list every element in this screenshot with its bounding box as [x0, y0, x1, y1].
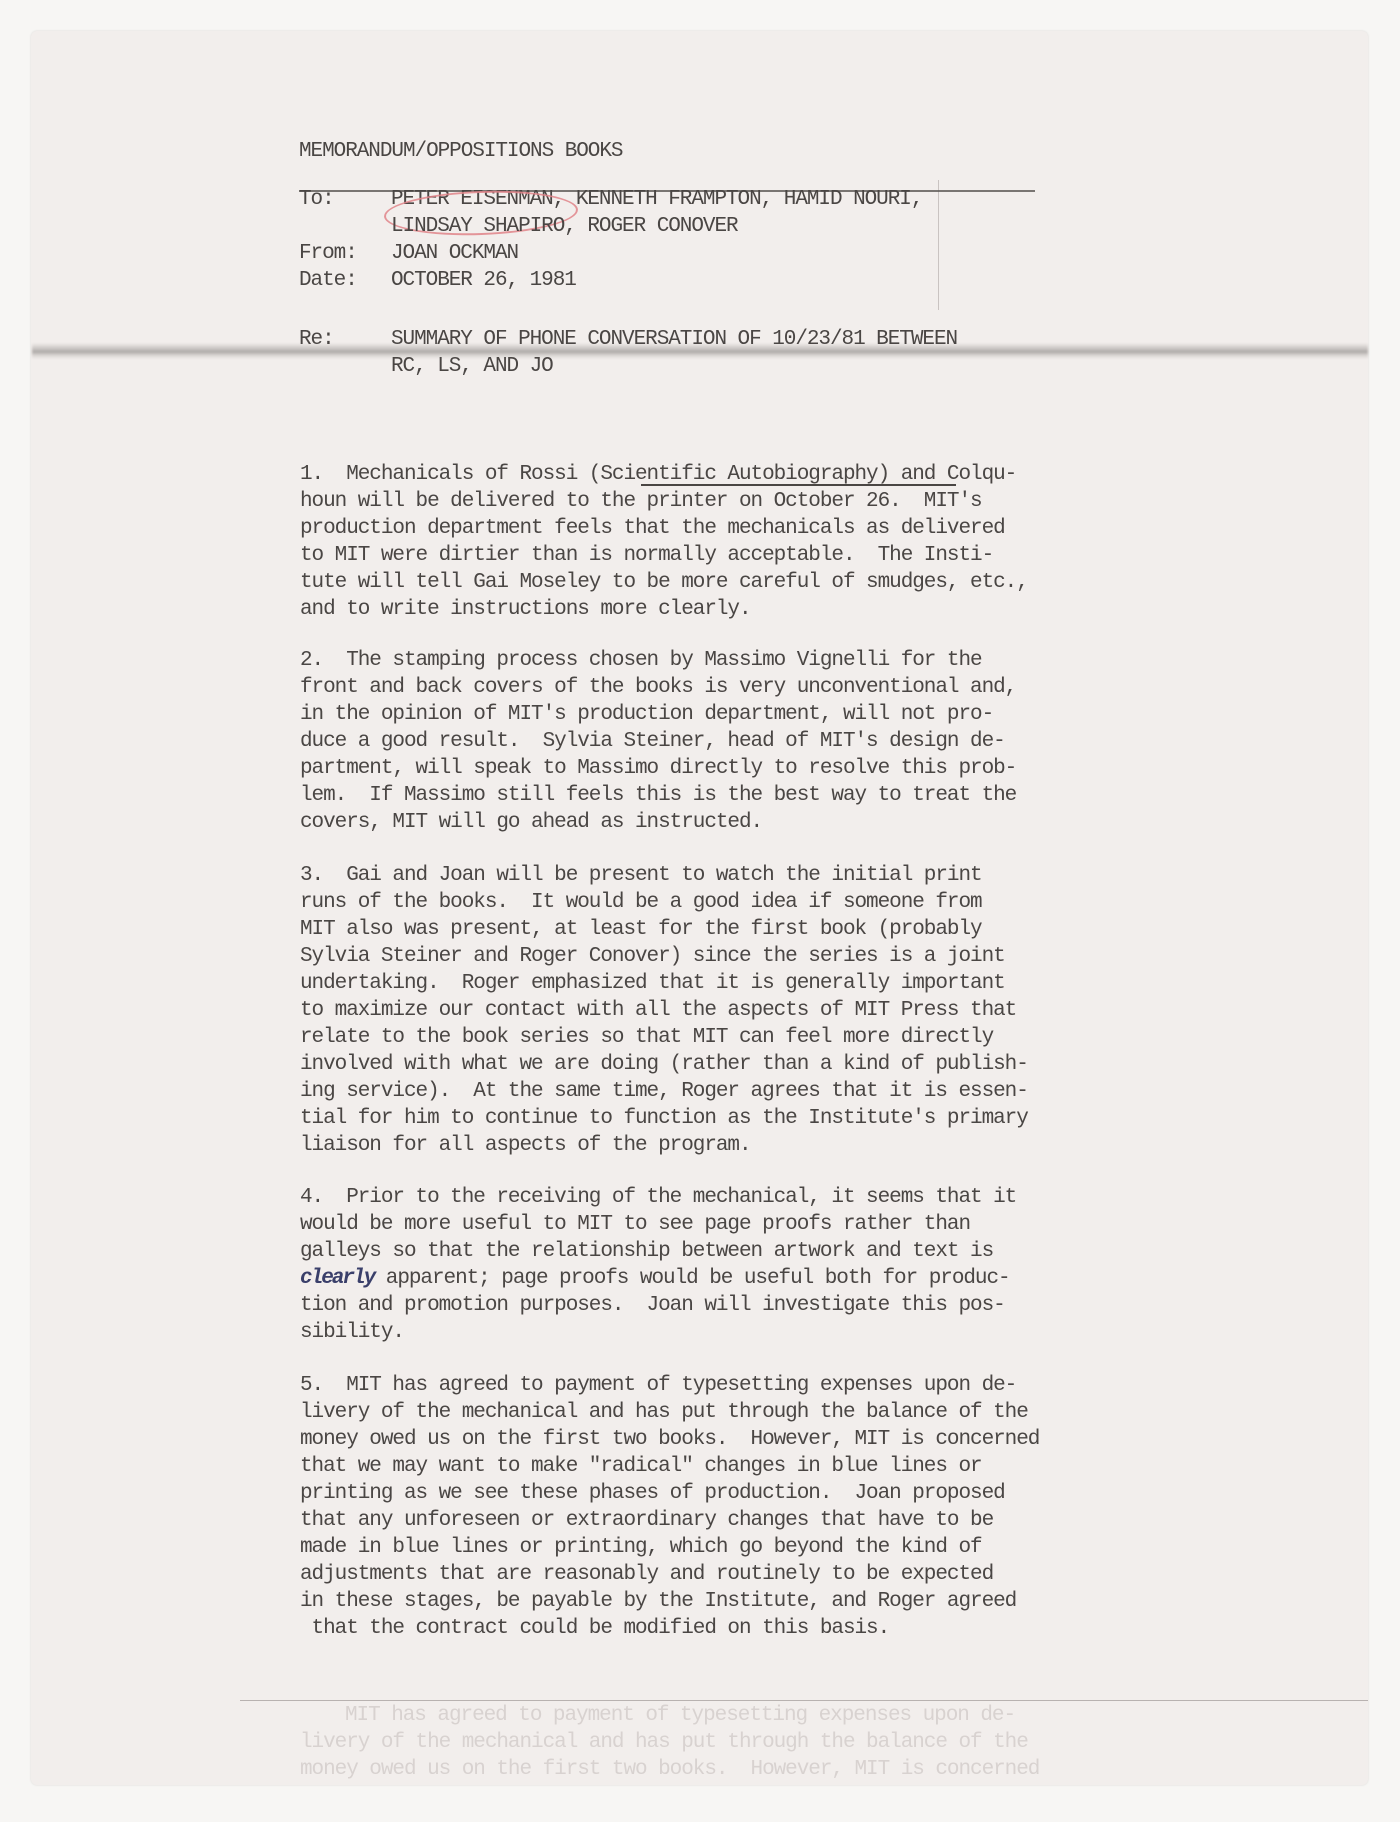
para-line: 2. The stamping process chosen by Massim…	[300, 647, 1160, 674]
para-line: tute will tell Gai Moseley to be more ca…	[300, 569, 1160, 596]
paragraph-4: 4. Prior to the receiving of the mechani…	[300, 1184, 1160, 1346]
para-line: runs of the books. It would be a good id…	[300, 889, 1160, 916]
para-line: galleys so that the relationship between…	[300, 1238, 1160, 1265]
para-line: that any unforeseen or extraordinary cha…	[300, 1507, 1160, 1534]
para-line: money owed us on the first two books. Ho…	[300, 1426, 1160, 1453]
para-line: relate to the book series so that MIT ca…	[300, 1024, 1160, 1051]
para-line: livery of the mechanical and has put thr…	[300, 1399, 1160, 1426]
para-line: houn will be delivered to the printer on…	[300, 488, 1160, 515]
para-line: to MIT were dirtier than is normally acc…	[300, 542, 1160, 569]
para-line-rest: apparent; page proofs would be useful bo…	[374, 1267, 1009, 1290]
from-value: JOAN OCKMAN	[391, 242, 518, 265]
para-line: tion and promotion purposes. Joan will i…	[300, 1292, 1160, 1319]
re-line-1: SUMMARY OF PHONE CONVERSATION OF 10/23/8…	[391, 328, 957, 351]
para-line: and to write instructions more clearly.	[300, 596, 1160, 623]
para-line: front and back covers of the books is ve…	[300, 674, 1160, 701]
para-line: liaison for all aspects of the program.	[300, 1132, 1160, 1159]
bleed-through-rule	[240, 1700, 1368, 1701]
para-line: to maximize our contact with all the asp…	[300, 997, 1160, 1024]
bleed-through-line: MIT has agreed to payment of typesetting…	[345, 1704, 1015, 1727]
para-line: 3. Gai and Joan will be present to watch…	[300, 862, 1160, 889]
para-line: in the opinion of MIT's production depar…	[300, 701, 1160, 728]
para-line: tial for him to continue to function as …	[300, 1105, 1160, 1132]
paragraph-2: 2. The stamping process chosen by Massim…	[300, 647, 1160, 836]
para-line: that the contract could be modified on t…	[300, 1615, 1160, 1642]
para-line: 4. Prior to the receiving of the mechani…	[300, 1184, 1160, 1211]
para-line: made in blue lines or printing, which go…	[300, 1534, 1160, 1561]
from-label: From:	[299, 242, 357, 265]
para-line: in these stages, be payable by the Insti…	[300, 1588, 1160, 1615]
para-line: printing as we see these phases of produ…	[300, 1480, 1160, 1507]
para-line: undertaking. Roger emphasized that it is…	[300, 970, 1160, 997]
para-line: involved with what we are doing (rather …	[300, 1051, 1160, 1078]
memo-title: MEMORANDUM/OPPOSITIONS BOOKS	[299, 138, 622, 165]
para-line: lem. If Massimo still feels this is the …	[300, 782, 1160, 809]
page-crease	[938, 180, 939, 310]
struck-out-word: clearly	[300, 1267, 374, 1290]
bleed-through-line: money owed us on the first two books. Ho…	[300, 1758, 1039, 1781]
re-line-2: RC, LS, AND JO	[391, 355, 553, 378]
para-line: covers, MIT will go ahead as instructed.	[300, 809, 1160, 836]
para-line: production department feels that the mec…	[300, 515, 1160, 542]
para-line-with-strike: clearly apparent; page proofs would be u…	[300, 1265, 1160, 1292]
para-line: adjustments that are reasonably and rout…	[300, 1561, 1160, 1588]
para-line: 5. MIT has agreed to payment of typesett…	[300, 1372, 1160, 1399]
para-line: that we may want to make "radical" chang…	[300, 1453, 1160, 1480]
para-line: Sylvia Steiner and Roger Conover) since …	[300, 943, 1160, 970]
date-value: OCTOBER 26, 1981	[391, 269, 576, 292]
para-line: ing service). At the same time, Roger ag…	[300, 1078, 1160, 1105]
para-line: duce a good result. Sylvia Steiner, head…	[300, 728, 1160, 755]
para-line: sibility.	[300, 1319, 1160, 1346]
para-line: MIT also was present, at least for the f…	[300, 916, 1160, 943]
para-line: partment, will speak to Massimo directly…	[300, 755, 1160, 782]
to-line-2: LINDSAY SHAPIRO, ROGER CONOVER	[391, 215, 738, 238]
paragraph-3: 3. Gai and Joan will be present to watch…	[300, 862, 1160, 1159]
date-label: Date:	[299, 269, 357, 292]
re-label: Re:	[299, 328, 334, 351]
para-line: would be more useful to MIT to see page …	[300, 1211, 1160, 1238]
to-label: To:	[299, 188, 334, 211]
bleed-through-line: livery of the mechanical and has put thr…	[300, 1731, 1028, 1754]
paragraph-5: 5. MIT has agreed to payment of typesett…	[300, 1372, 1160, 1642]
title-underline	[641, 484, 956, 486]
